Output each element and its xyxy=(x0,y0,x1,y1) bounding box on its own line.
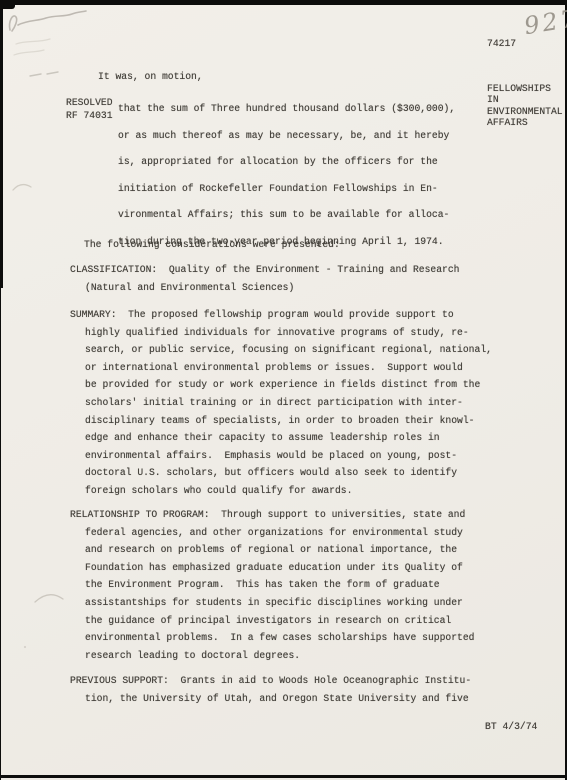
text-line: the guidance of principal investigators … xyxy=(85,612,475,630)
margin-subject-label: FELLOWSHIPSINENVIRONMENTALAFFAIRS xyxy=(487,83,563,129)
text-line: CLASSIFICATION: Quality of the Environme… xyxy=(70,261,460,279)
text-line: foreign scholars who could qualify for a… xyxy=(85,482,492,500)
text-line: RELATIONSHIP TO PROGRAM: Through support… xyxy=(70,506,475,524)
pencil-dot-icon xyxy=(24,646,26,648)
text-line: is, appropriated for allocation by the o… xyxy=(118,149,455,176)
scan-edge-top xyxy=(0,0,567,5)
pencil-dashes-icon xyxy=(30,72,58,76)
text-line: vironmental Affairs; this sum to be avai… xyxy=(118,202,455,229)
pencil-smudge-icon xyxy=(14,39,50,55)
pencil-arc-upper-icon xyxy=(13,185,31,190)
text-line: or as much thereof as may be necessary, … xyxy=(118,123,455,150)
text-line: (Natural and Environmental Sciences) xyxy=(85,279,460,297)
text-line: research leading to doctoral degrees. xyxy=(85,647,475,665)
text-line: FELLOWSHIPS xyxy=(487,83,563,94)
pencil-scribble-icon xyxy=(10,11,86,31)
resolved-grant-label: RESOLVEDRF 74031 xyxy=(66,97,113,122)
text-line: assistantships for students in specific … xyxy=(85,594,475,612)
text-line: IN xyxy=(487,94,563,105)
text-line: search, or public service, focusing on s… xyxy=(85,341,492,359)
text-line: or international environmental problems … xyxy=(85,359,492,377)
scan-edge-left-lower xyxy=(0,288,1,780)
text-line: edge and enhance their capacity to assum… xyxy=(85,429,492,447)
text-line: RF 74031 xyxy=(66,110,113,123)
section-relationship-to-program: RELATIONSHIP TO PROGRAM: Through support… xyxy=(85,506,475,664)
text-line: doctoral U.S. scholars, but officers wou… xyxy=(85,464,492,482)
text-line: scholars' initial training or in direct … xyxy=(85,394,492,412)
section-previous-support: PREVIOUS SUPPORT: Grants in aid to Woods… xyxy=(85,672,471,707)
handwritten-page-number: 927 xyxy=(522,4,567,40)
text-line: AFFAIRS xyxy=(487,117,563,128)
text-line: the Environment Program. This has taken … xyxy=(85,576,475,594)
text-line: tion, the University of Utah, and Oregon… xyxy=(85,690,471,708)
section-classification: CLASSIFICATION: Quality of the Environme… xyxy=(85,261,460,296)
text-line: RESOLVED xyxy=(66,97,113,110)
text-line: environmental problems. In a few cases s… xyxy=(85,629,475,647)
footer-initials-date-stamp: BT 4/3/74 xyxy=(485,721,537,733)
scanned-document-page: { "colors": { "paper": "#f0ede7", "ink":… xyxy=(0,0,567,780)
text-line: SUMMARY: The proposed fellowship program… xyxy=(70,306,492,324)
pencil-arc-lower-icon xyxy=(35,595,63,602)
considerations-line: The following considerations were presen… xyxy=(84,239,340,251)
text-line: initiation of Rockefeller Foundation Fel… xyxy=(118,176,455,203)
document-number: 74217 xyxy=(487,38,516,50)
scan-edge-bottom xyxy=(0,775,567,778)
text-line: environmental affairs. Emphasis would be… xyxy=(85,447,492,465)
text-line: federal agencies, and other organization… xyxy=(85,524,475,542)
text-line: that the sum of Three hundred thousand d… xyxy=(118,96,455,123)
text-line: and research on problems of regional or … xyxy=(85,541,475,559)
text-line: Foundation has emphasized graduate educa… xyxy=(85,559,475,577)
text-line: highly qualified individuals for innovat… xyxy=(85,324,492,342)
resolution-paragraph: that the sum of Three hundred thousand d… xyxy=(118,96,455,255)
text-line: be provided for study or work experience… xyxy=(85,376,492,394)
intro-line: It was, on motion, xyxy=(98,71,203,83)
scan-edge-left-upper xyxy=(0,0,3,288)
text-line: ENVIRONMENTAL xyxy=(487,106,563,117)
section-summary: SUMMARY: The proposed fellowship program… xyxy=(85,306,492,500)
text-line: disciplinary teams of specialists, in or… xyxy=(85,412,492,430)
text-line: PREVIOUS SUPPORT: Grants in aid to Woods… xyxy=(70,672,471,690)
